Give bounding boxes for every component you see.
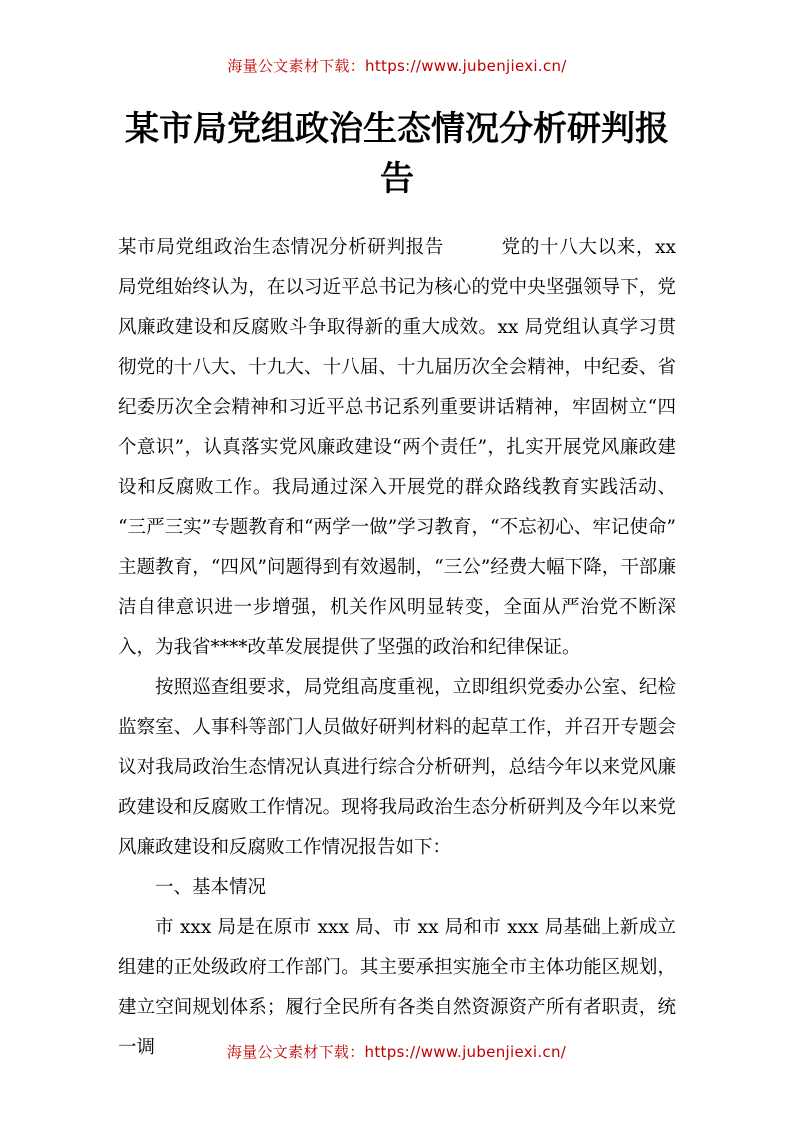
document-page: 海量公文素材下载：https://www.jubenjiexi.cn/ 某市局党… <box>0 0 793 1122</box>
document-title: 某市局党组政治生态情况分析研判报告 <box>118 104 676 204</box>
section-heading-basic-situation: 一、基本情况 <box>118 868 676 908</box>
header-source-note: 海量公文素材下载：https://www.jubenjiexi.cn/ <box>118 56 676 76</box>
paragraph-intro: 某市局党组政治生态情况分析研判报告 党的十八大以来，xx 局党组始终认为，在以习… <box>118 228 676 668</box>
paragraph-inspection: 按照巡查组要求，局党组高度重视，立即组织党委办公室、纪检监察室、人事科等部门人员… <box>118 668 676 868</box>
document-body: 某市局党组政治生态情况分析研判报告 党的十八大以来，xx 局党组始终认为，在以习… <box>118 228 676 1068</box>
footer-source-note: 海量公文素材下载：https://www.jubenjiexi.cn/ <box>0 1042 793 1062</box>
